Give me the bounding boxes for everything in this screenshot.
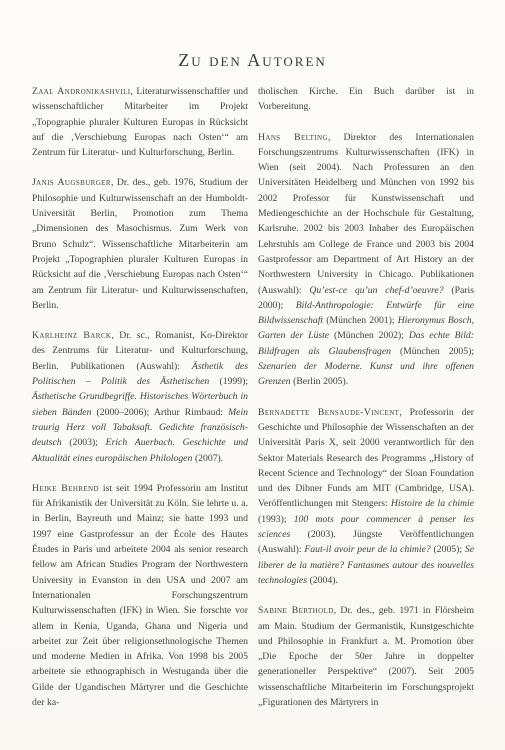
author-paragraph: Karlheinz Barck, Dr. sc., Romanist, Ko-D… — [32, 328, 248, 466]
author-name: Zaal Andronikashvili — [32, 86, 131, 97]
bio-text: , Professorin der Geschichte und Philoso… — [258, 407, 474, 510]
author-paragraph: Hans Belting, Direktor des International… — [258, 130, 474, 390]
author-paragraph: tholischen Kirche. Ein Buch darüber ist … — [258, 84, 474, 115]
publication-title: Histoire de la chimie — [391, 498, 474, 509]
text-column-right: tholischen Kirche. Ein Buch darüber ist … — [258, 84, 474, 725]
bio-text: (1999); — [209, 376, 248, 387]
author-paragraph: Sabine Berthold, Dr. des., geb. 1971 in … — [258, 603, 474, 710]
bio-text: (2007). — [192, 453, 223, 464]
bio-text: (2004). — [307, 575, 338, 586]
author-name: Karlheinz Barck — [32, 330, 111, 341]
bio-text: tholischen Kirche. Ein Buch darüber ist … — [258, 86, 474, 112]
publication-title: Faut-il avoir peur de la chimie? — [304, 544, 430, 555]
bio-text: (München 2001); — [323, 315, 398, 326]
text-column-left: Zaal Andronikashvili, Literaturwissensch… — [32, 84, 248, 725]
bio-text: (2005); — [431, 544, 465, 555]
publication-title: Qu’est-ce qu’un chef-d’oeuvre? — [309, 285, 443, 296]
bio-text: (München 2005); — [391, 346, 474, 357]
author-name: Heike Behrend — [32, 483, 99, 494]
bio-text: (Berlin 2005). — [290, 376, 348, 387]
author-name: Hans Belting — [258, 132, 328, 143]
bio-text: , Direktor des Internationalen Forschung… — [258, 132, 474, 296]
author-name: Bernadette Bensaude-Vincent — [258, 407, 399, 418]
bio-text: (München 2002); — [329, 330, 409, 341]
page-title: Zu den Autoren — [0, 50, 505, 71]
bio-text: (1993); — [258, 514, 294, 525]
author-paragraph: Janis Augsburger, Dr. des., geb. 1976, S… — [32, 175, 248, 313]
author-name: Sabine Berthold — [258, 605, 334, 616]
bio-text: , Dr. des., geb. 1971 in Flörsheim am Ma… — [258, 605, 474, 708]
author-name: Janis Augsburger — [32, 177, 111, 188]
bio-text: (2000–2006); Arthur Rimbaud: — [91, 407, 228, 418]
author-paragraph: Heike Behrend ist seit 1994 Professorin … — [32, 481, 248, 710]
author-paragraph: Zaal Andronikashvili, Literaturwissensch… — [32, 84, 248, 160]
bio-text: , Dr. des., geb. 1976, Studium der Philo… — [32, 177, 248, 310]
author-paragraph: Bernadette Bensaude-Vincent, Professorin… — [258, 405, 474, 589]
bio-text: (2003); — [62, 437, 106, 448]
text-columns: Zaal Andronikashvili, Literaturwissensch… — [32, 84, 474, 725]
book-page: Zu den Autoren Zaal Andronikashvili, Lit… — [0, 0, 505, 750]
bio-text: ist seit 1994 Professorin am Institut fü… — [32, 483, 248, 708]
